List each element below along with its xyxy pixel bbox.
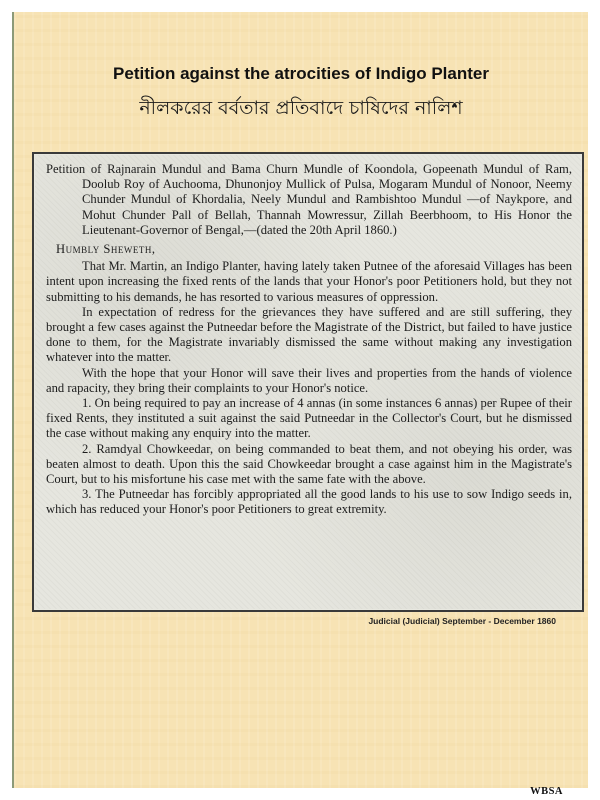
numbered-item: 1. On being required to pay an increase … xyxy=(46,396,572,442)
salutation: Humbly Sheweth, xyxy=(56,242,572,257)
numbered-item: 2. Ramdyal Chowkeedar, on being commande… xyxy=(46,442,572,488)
paragraph: In expectation of redress for the grieva… xyxy=(46,305,572,366)
paragraph: With the hope that your Honor will save … xyxy=(46,366,572,396)
archive-mark: WBSA xyxy=(530,786,563,797)
bengali-subtitle: নীলকরের বর্বতার প্রতিবাদে চাষিদের নালিশ xyxy=(14,94,588,126)
petition-heading: Petition of Rajnarain Mundul and Bama Ch… xyxy=(46,162,572,238)
petition-document-image: Petition of Rajnarain Mundul and Bama Ch… xyxy=(32,152,584,612)
numbered-item: 3. The Putneedar has forcibly appropriat… xyxy=(46,487,572,517)
page-title: Petition against the atrocities of Indig… xyxy=(14,64,588,84)
source-caption: Judicial (Judicial) September - December… xyxy=(368,616,556,626)
paragraph: That Mr. Martin, an Indigo Planter, havi… xyxy=(46,259,572,305)
page-panel: Petition against the atrocities of Indig… xyxy=(12,12,588,788)
